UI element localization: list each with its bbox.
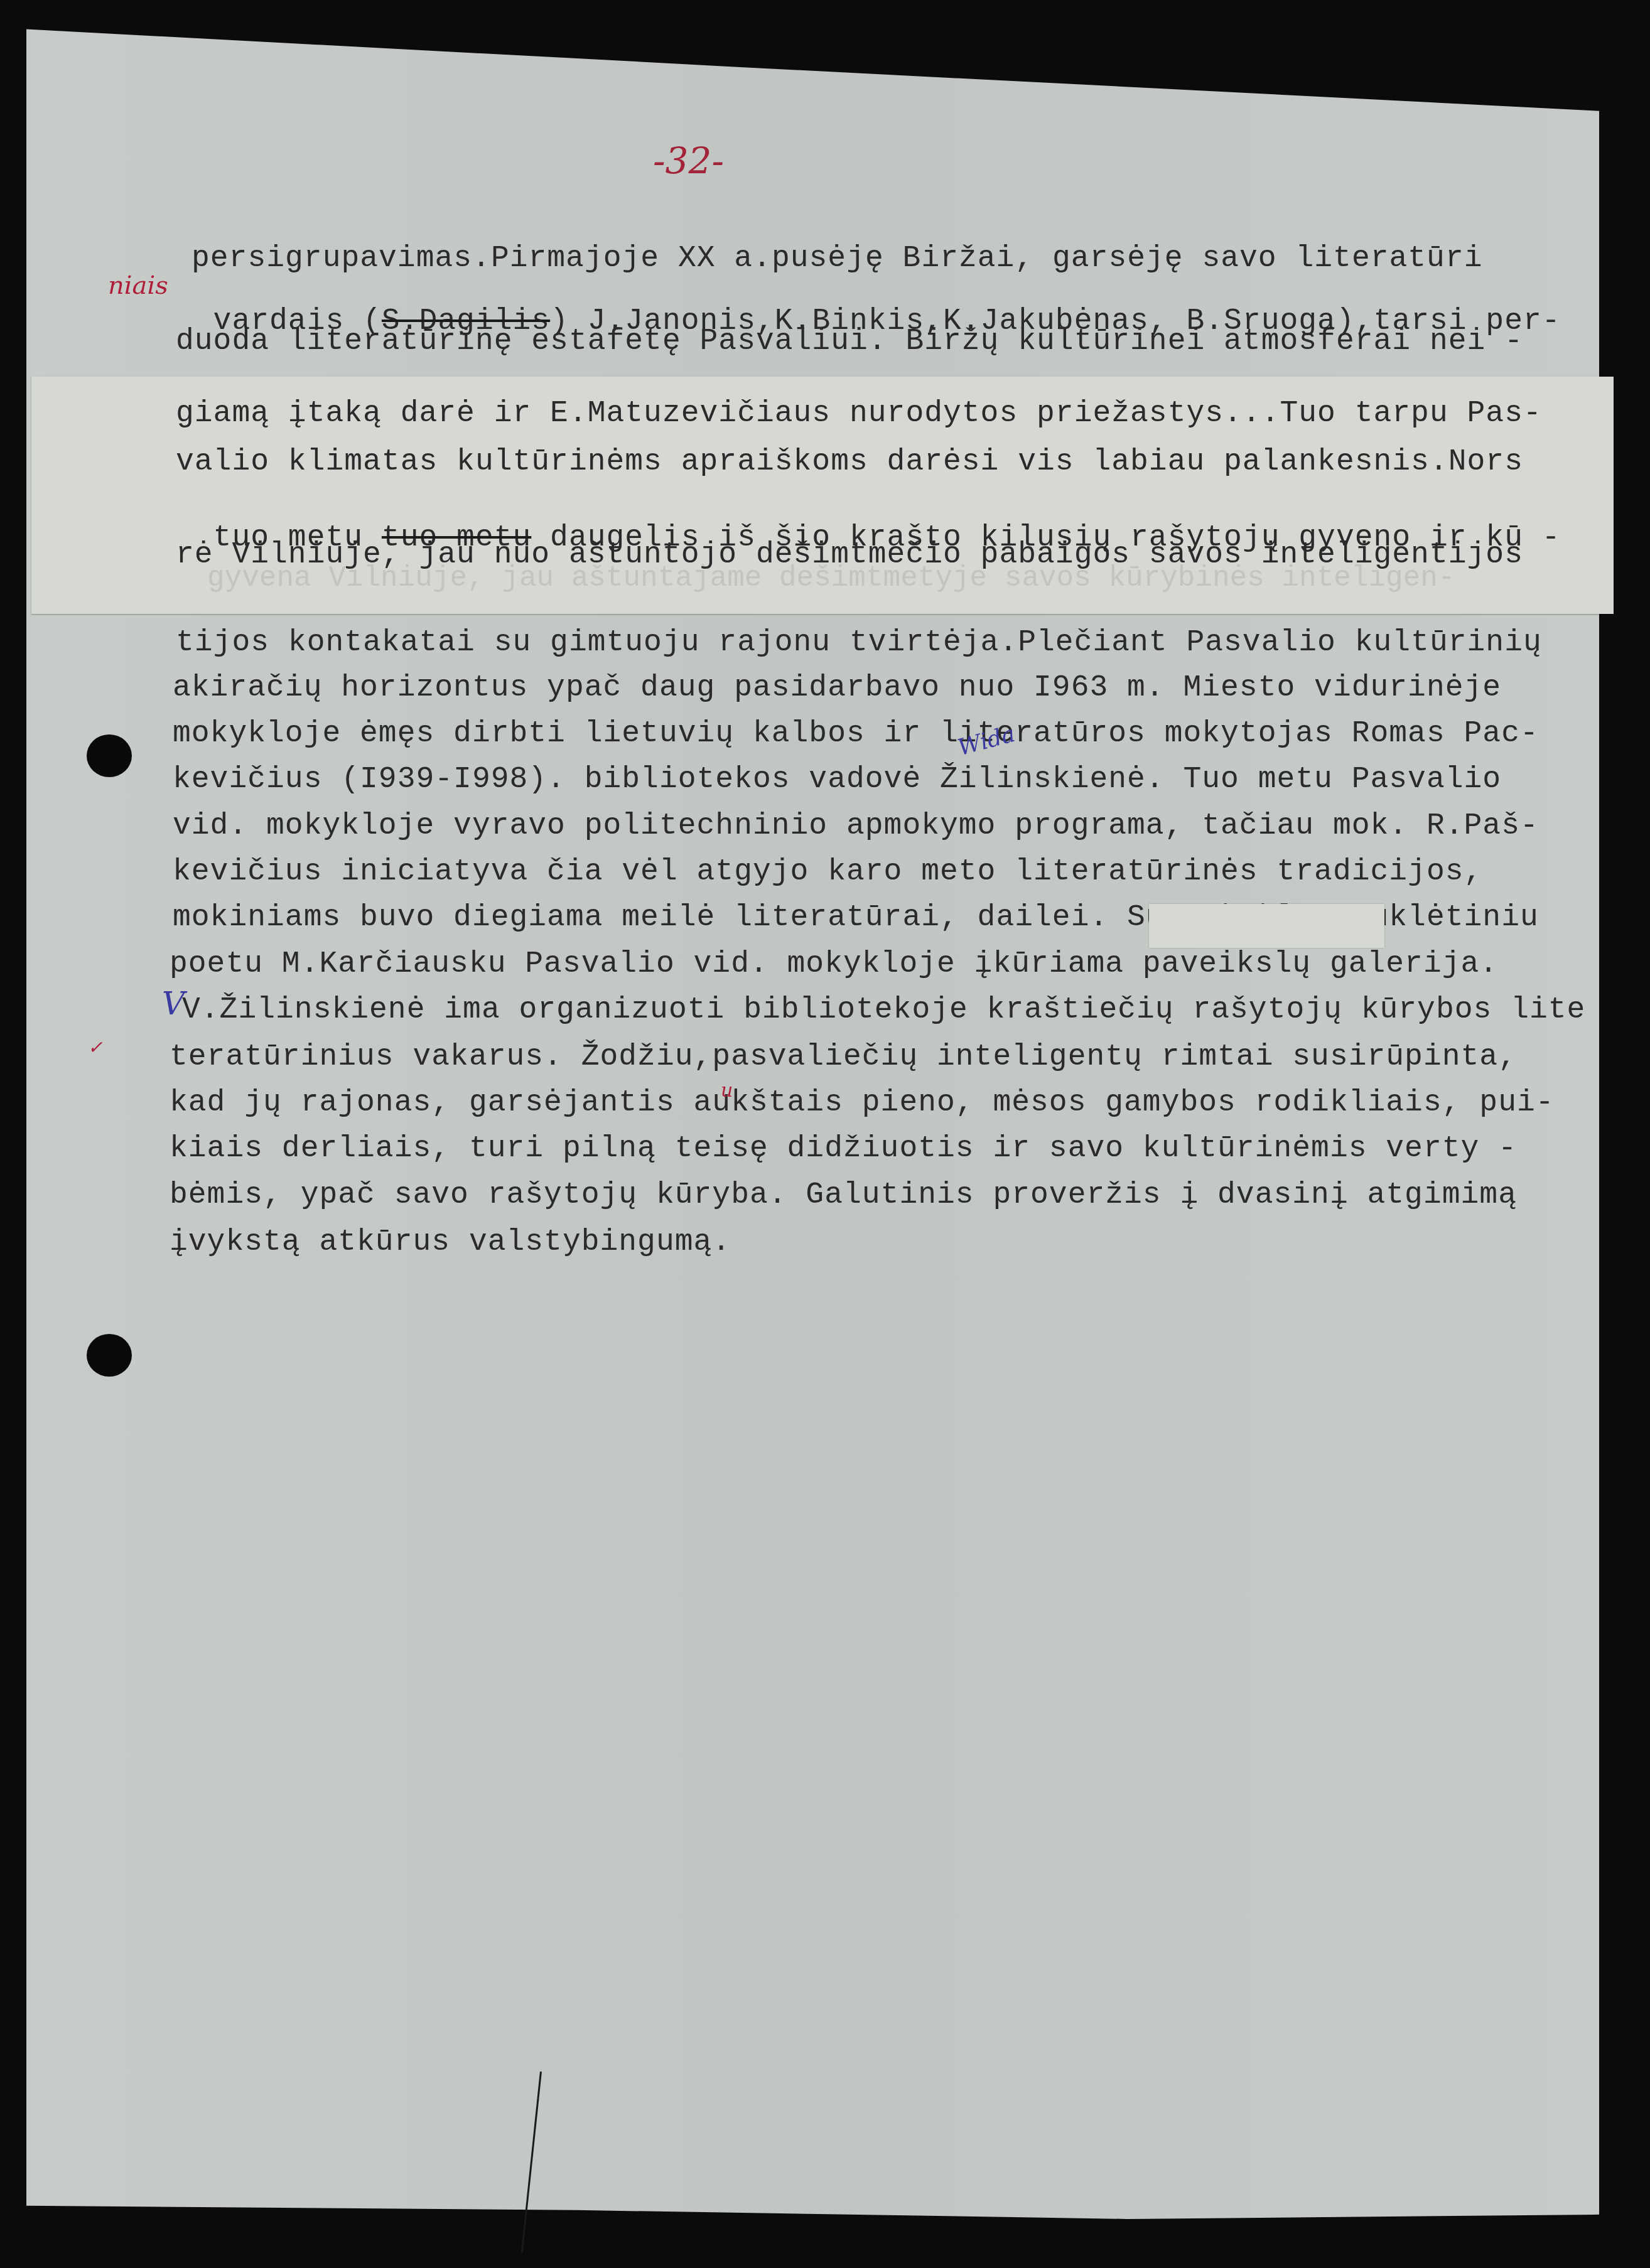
handwritten-correction: u <box>721 1080 733 1102</box>
text-line: kevičius (I939-I998). bibliotekos vadovė… <box>173 765 1501 795</box>
margin-note: niais <box>108 271 168 300</box>
text-line: kad jų rajonas, garsėjantis aukštais pie… <box>170 1088 1555 1118</box>
text-line: bėmis, ypač savo rašytojų kūryba. Galuti… <box>170 1180 1517 1210</box>
text-line: teratūrinius vakarus. Žodžiu,pasvaliečių… <box>170 1042 1517 1072</box>
text-line: valio klimatas kultūrinėms apraiškoms da… <box>176 447 1523 477</box>
page-number: -32- <box>653 139 724 182</box>
text-line: giamą įtaką darė ir E.Matuzevičiaus nuro… <box>176 399 1542 429</box>
text-line: kiais derliais, turi pilną teisę didžiuo… <box>170 1134 1517 1164</box>
punch-hole <box>87 734 132 777</box>
text-line: akiračių horizontus ypač daug pasidarbav… <box>173 673 1501 703</box>
text-line: rė Vilniuje, jau nuo aštuntojo dešimtmeč… <box>176 540 1523 570</box>
text-line: poetu M.Karčiausku Pasvalio vid. mokyklo… <box>170 949 1498 979</box>
text-line: tijos kontakatai su gimtuoju rajonu tvir… <box>176 628 1542 658</box>
text-line: vid. mokykloje vyravo politechninio apmo… <box>173 811 1539 841</box>
pasted-correction-patch <box>1149 904 1384 948</box>
text-line: kevičius iniciatyva čia vėl atgyjo karo … <box>173 857 1482 887</box>
text-line: V.Žilinskienė ima organizuoti biblioteko… <box>182 995 1585 1025</box>
text-line: įvykstą atkūrus valstybingumą. <box>170 1227 731 1257</box>
punch-hole <box>87 1334 132 1377</box>
margin-check: ✓ <box>88 1037 102 1058</box>
text-line: mokykloje ėmęs dirbti lietuvių kalbos ir… <box>173 719 1539 749</box>
text-line: duoda literatūrinę estafetę Pasvaliui. B… <box>176 326 1523 357</box>
text-line: persigrupavimas.Pirmajoje XX a.pusėję Bi… <box>191 244 1483 274</box>
handwritten-mark: V <box>162 986 185 1022</box>
